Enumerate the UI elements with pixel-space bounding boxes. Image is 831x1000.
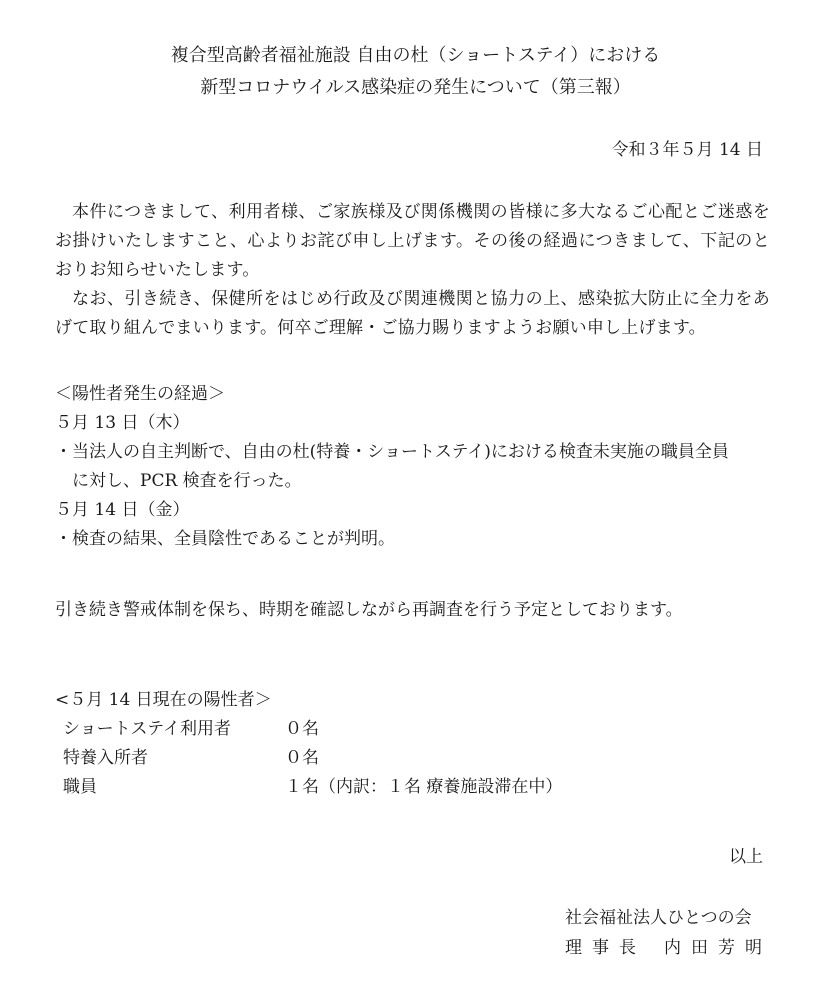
history-section: ＜陽性者発生の経過＞ ５月 13 日（木） ・当法人の自主判断で、自由の杜(特養… xyxy=(55,380,770,554)
title-line-1: 複合型高齢者福祉施設 自由の杜（ショートステイ）における xyxy=(0,40,831,72)
signature-line: 理事長内田芳明 xyxy=(565,933,772,963)
document-date: 令和３年５月 14 日 xyxy=(612,136,763,165)
closing-mark: 以上 xyxy=(729,843,763,872)
history-bullet-1: ・当法人の自主判断で、自由の杜(特養・ショートステイ)における検査未実施の職員全… xyxy=(55,438,770,467)
intro-paragraph-2: なお、引き続き、保健所をはじめ行政及び関連機関と協力の上、感染拡大防止に全力をあ… xyxy=(55,285,770,343)
signature-role: 理事長 xyxy=(565,938,646,958)
history-bullet-2: ・検査の結果、全員陰性であることが判明。 xyxy=(55,525,770,554)
status-label: 特養入所者 xyxy=(63,744,285,773)
signature-name: 内田芳明 xyxy=(664,938,772,958)
history-heading: ＜陽性者発生の経過＞ xyxy=(55,380,770,409)
status-value: ０名 xyxy=(285,744,319,773)
status-label: ショートステイ利用者 xyxy=(63,715,285,744)
status-row-staff: 職員 １名（内訳：１名 療養施設滞在中） xyxy=(55,773,770,802)
intro-section: 本件につきまして、利用者様、ご家族様及び関係機関の皆様に多大なるご心配とご迷惑を… xyxy=(55,198,770,343)
current-status-section: <５月 14 日現在の陽性者＞ ショートステイ利用者 ０名 特養入所者 ０名 職… xyxy=(55,686,770,802)
history-bullet-1-continued: に対し、PCR 検査を行った。 xyxy=(55,467,770,496)
signature-block: 社会福祉法人ひとつの会 理事長内田芳明 xyxy=(565,903,772,963)
document-page: 複合型高齢者福祉施設 自由の杜（ショートステイ）における 新型コロナウイルス感染… xyxy=(0,0,831,1000)
intro-paragraph-1: 本件につきまして、利用者様、ご家族様及び関係機関の皆様に多大なるご心配とご迷惑を… xyxy=(55,198,770,285)
status-row-nursing-home: 特養入所者 ０名 xyxy=(55,744,770,773)
current-status-heading: <５月 14 日現在の陽性者＞ xyxy=(55,686,770,715)
status-label: 職員 xyxy=(63,773,285,802)
status-value: １名（内訳：１名 療養施設滞在中） xyxy=(285,773,562,802)
history-date-1: ５月 13 日（木） xyxy=(55,409,770,438)
history-date-2: ５月 14 日（金） xyxy=(55,496,770,525)
title-line-2: 新型コロナウイルス感染症の発生について（第三報） xyxy=(0,72,831,104)
status-row-shortstay: ショートステイ利用者 ０名 xyxy=(55,715,770,744)
signature-organization: 社会福祉法人ひとつの会 xyxy=(565,903,772,933)
followup-section: 引き続き警戒体制を保ち、時期を確認しながら再調査を行う予定としております。 xyxy=(55,596,770,625)
followup-text: 引き続き警戒体制を保ち、時期を確認しながら再調査を行う予定としております。 xyxy=(55,596,770,625)
status-value: ０名 xyxy=(285,715,319,744)
document-title: 複合型高齢者福祉施設 自由の杜（ショートステイ）における 新型コロナウイルス感染… xyxy=(0,40,831,104)
